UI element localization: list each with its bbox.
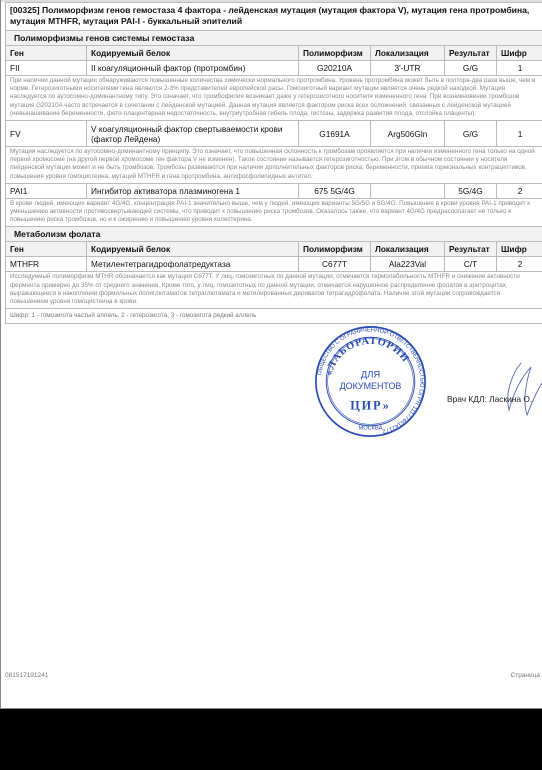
footer-page-label: Страница (511, 672, 540, 679)
cell-localization: 3'-UTR (371, 61, 445, 76)
cell-localization: Arg506Gln (371, 121, 445, 147)
report-page: [00325] Полиморфизм генов гемостаза 4 фа… (0, 0, 542, 709)
table-row: PAI1Ингибитор активатора плазминогена 16… (6, 183, 542, 198)
cell-code: 1 (497, 121, 542, 147)
stamp-arc-bottom: ЦИР» (350, 399, 390, 413)
cell-gene: FV (6, 121, 87, 147)
cell-gene: FII (6, 61, 87, 76)
report-table: [00325] Полиморфизм генов гемостаза 4 фа… (5, 2, 542, 324)
section-title: Метаболизм фолата (6, 227, 542, 242)
column-header-row: ГенКодируемый белокПолиморфизмЛокализаци… (6, 242, 542, 257)
table-row: FIIII коагуляционный фактор (протромбин)… (6, 61, 542, 76)
description-text: Исследуемый полиморфизм MTHR обозначаетс… (6, 272, 542, 309)
table-row: MTHFRМетилентетрагидрофолатредуктазаC677… (6, 257, 542, 272)
column-header: Результат (445, 46, 497, 61)
cell-protein: Метилентетрагидрофолатредуктаза (87, 257, 299, 272)
cell-gene: MTHFR (6, 257, 87, 272)
column-header-row: ГенКодируемый белокПолиморфизмЛокализаци… (6, 46, 542, 61)
column-header: Полиморфизм (299, 242, 371, 257)
column-header: Шифр (497, 46, 542, 61)
column-header: Ген (6, 46, 87, 61)
row-description: Мутация наследуется по аутосомно-доминан… (6, 147, 542, 184)
code-legend: Шифр: 1 - гомозигота частый аллель, 2 - … (6, 309, 542, 324)
code-legend-row: Шифр: 1 - гомозигота частый аллель, 2 - … (6, 309, 542, 324)
column-header: Ген (6, 242, 87, 257)
description-text: В крови людей, имеющих вариант 4G/4G, ко… (6, 198, 542, 227)
report-document: [00325] Полиморфизм генов гемостаза 4 фа… (5, 2, 542, 324)
cell-polymorphism: G1691A (299, 121, 371, 147)
cell-localization: Ala223Val (371, 257, 445, 272)
section-title: Полиморфизмы генов системы гемостаза (6, 31, 542, 46)
cell-result: C/T (445, 257, 497, 272)
cell-result: 5G/4G (445, 183, 497, 198)
column-header: Полиморфизм (299, 46, 371, 61)
cell-protein: Ингибитор активатора плазминогена 1 (87, 183, 299, 198)
stamp-city: МОСКВА (359, 426, 383, 432)
doctor-name: Врач КДЛ: Ласкина О. (447, 394, 532, 404)
cell-polymorphism: 675 5G/4G (299, 183, 371, 198)
section-header: Метаболизм фолата (6, 227, 542, 242)
cell-code: 1 (497, 61, 542, 76)
cell-polymorphism: C677T (299, 257, 371, 272)
cell-result: G/G (445, 121, 497, 147)
row-description: В крови людей, имеющих вариант 4G/4G, ко… (6, 198, 542, 227)
cell-localization (371, 183, 445, 198)
column-header: Локализация (371, 46, 445, 61)
description-text: При наличии данной мутации обнаруживаютс… (6, 76, 542, 121)
cell-result: G/G (445, 61, 497, 76)
cell-code: 2 (497, 257, 542, 272)
table-row: FVV коагуляционный фактор свертываемости… (6, 121, 542, 147)
column-header: Локализация (371, 242, 445, 257)
report-title: [00325] Полиморфизм генов гемостаза 4 фа… (6, 3, 542, 31)
doctor-signature (501, 355, 542, 425)
cell-polymorphism: G20210A (299, 61, 371, 76)
stamp-center-line1: ДЛЯ (361, 369, 381, 380)
column-header: Кодируемый белок (87, 46, 299, 61)
stamp-center-line2: ДОКУМЕНТОВ (340, 381, 402, 391)
column-header: Результат (445, 242, 497, 257)
report-title-row: [00325] Полиморфизм генов гемостаза 4 фа… (6, 3, 542, 31)
cell-protein: II коагуляционный фактор (протромбин) (87, 61, 299, 76)
column-header: Кодируемый белок (87, 242, 299, 257)
column-header: Шифр (497, 242, 542, 257)
footer-code: 081517191241 (5, 672, 48, 679)
row-description: При наличии данной мутации обнаруживаютс… (6, 76, 542, 121)
section-header: Полиморфизмы генов системы гемостаза (6, 31, 542, 46)
description-text: Мутация наследуется по аутосомно-доминан… (6, 147, 542, 184)
laboratory-stamp: ОБЩЕСТВО С ОГРАНИЧЕННОЙ ОТВЕТСТВЕННОСТЬЮ… (314, 325, 427, 438)
cell-code: 2 (497, 183, 542, 198)
cell-gene: PAI1 (6, 183, 87, 198)
cell-protein: V коагуляционный фактор свертываемости к… (87, 121, 299, 147)
row-description: Исследуемый полиморфизм MTHR обозначаетс… (6, 272, 542, 309)
